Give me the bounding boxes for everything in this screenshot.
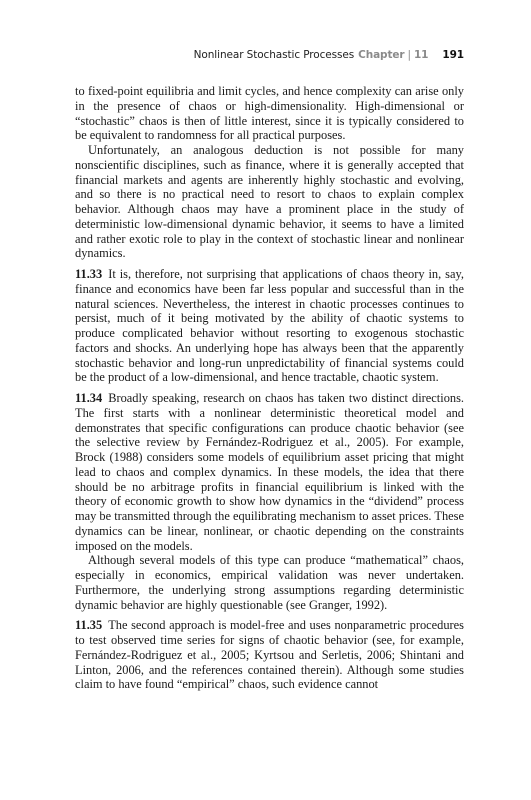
- section-text: The second approach is model-free and us…: [75, 618, 464, 691]
- header-title: Nonlinear Stochastic Processes: [194, 49, 354, 61]
- header-chapter-label: Chapter: [358, 49, 404, 61]
- section-11-34: 11.34Broadly speaking, research on chaos…: [75, 391, 464, 553]
- section-number: 11.33: [75, 267, 102, 281]
- section-text: It is, therefore, not surprising that ap…: [75, 267, 464, 384]
- section-11-33: 11.33It is, therefore, not surprising th…: [75, 267, 464, 385]
- section-number: 11.35: [75, 618, 102, 632]
- section-number: 11.34: [75, 391, 102, 405]
- paragraph-continuation: to fixed-point equilibria and limit cycl…: [75, 84, 464, 143]
- body-text: to fixed-point equilibria and limit cycl…: [75, 84, 464, 692]
- page-number: 191: [442, 49, 464, 61]
- paragraph-although: Although several models of this type can…: [75, 553, 464, 612]
- running-header: Nonlinear Stochastic ProcessesChapter|11…: [194, 49, 464, 61]
- header-separator: |: [408, 49, 411, 61]
- paragraph-unfortunately: Unfortunately, an analogous deduction is…: [75, 143, 464, 261]
- header-chapter-number: 11: [414, 49, 428, 61]
- book-page: Nonlinear Stochastic ProcessesChapter|11…: [0, 0, 531, 800]
- section-11-35: 11.35The second approach is model-free a…: [75, 618, 464, 692]
- section-text: Broadly speaking, research on chaos has …: [75, 391, 464, 553]
